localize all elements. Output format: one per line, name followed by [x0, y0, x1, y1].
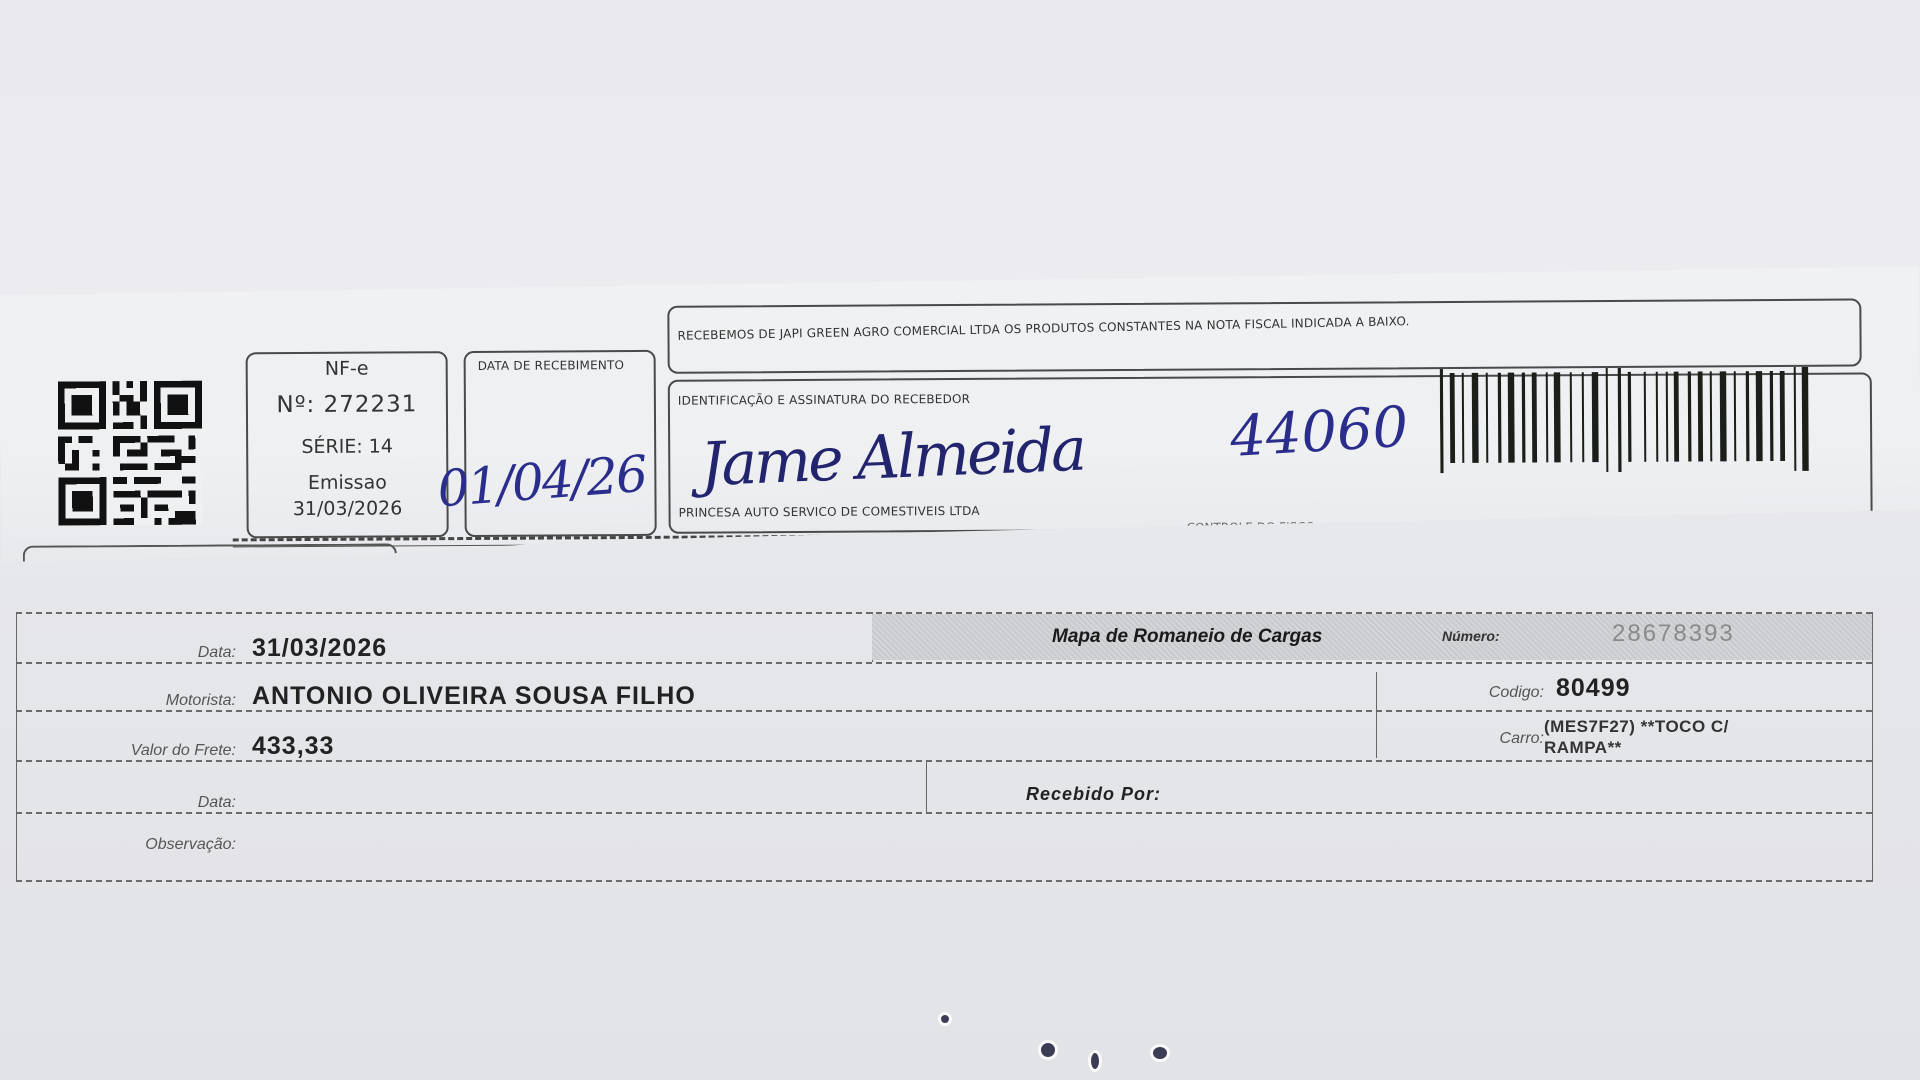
- numero-value: 28678393: [1612, 620, 1735, 648]
- nfe-info-box: NF-e Nº: 272231 SÉRIE: 14 Emissao 31/03/…: [246, 351, 449, 538]
- row-divider: [16, 880, 1872, 882]
- valor-frete-value: 433,33: [252, 732, 334, 761]
- carro-label: Carro:: [1396, 730, 1544, 748]
- column-divider: [1376, 672, 1377, 758]
- staple-hole: [938, 1012, 952, 1026]
- motorista-label: Motorista:: [96, 692, 236, 710]
- carro-line-2: RAMPA**: [1544, 737, 1729, 758]
- data-value: 31/03/2026: [252, 634, 387, 663]
- nfe-title: NF-e: [248, 357, 446, 380]
- row-divider: [16, 812, 1872, 814]
- border-left: [16, 612, 17, 882]
- controle-fisco-label: CONTROLE DO FISCO: [1187, 550, 1315, 565]
- manifest-title: Mapa de Romaneio de Cargas: [1052, 626, 1322, 648]
- recebido-por-label: Recebido Por:: [1026, 784, 1161, 805]
- danfe-fragment: DANFE: [1019, 555, 1077, 571]
- lower-stub-box: [23, 543, 397, 587]
- data2-label: Data:: [96, 794, 236, 812]
- data-recebimento-label: DATA DE RECEBIMENTO: [478, 358, 625, 373]
- perforation-line: [381, 588, 1881, 600]
- title-band: Mapa de Romaneio de Cargas Número: 28678…: [872, 614, 1872, 660]
- valor-frete-label: Valor do Frete:: [76, 742, 236, 760]
- qr-code-icon: [54, 381, 207, 526]
- data-label: Data:: [96, 644, 236, 662]
- staple-hole: [1038, 1040, 1058, 1060]
- staple-hole: [1150, 1044, 1170, 1062]
- border-right: [1872, 612, 1873, 882]
- observacao-label: Observação:: [76, 836, 236, 854]
- nfe-number: Nº: 272231: [248, 391, 446, 418]
- identificacao-label: IDENTIFICAÇÃO E ASSINATURA DO RECEBEDOR: [678, 392, 970, 408]
- romaneio-form: Mapa de Romaneio de Cargas Número: 28678…: [16, 612, 1872, 902]
- nfe-receipt-stub: NF-e Nº: 272231 SÉRIE: 14 Emissao 31/03/…: [0, 266, 1920, 568]
- barcode-icon: [1440, 363, 1831, 475]
- handwritten-number: 44060: [1228, 395, 1410, 470]
- emissao-date: 31/03/2026: [248, 497, 446, 520]
- carro-line-1: (MES7F27) **TOCO C/: [1544, 716, 1729, 737]
- column-divider: [926, 762, 927, 812]
- recebedor-company: PRINCESA AUTO SERVICO DE COMESTIVEIS LTD…: [679, 504, 980, 520]
- recebemos-box: RECEBEMOS DE JAPI GREEN AGRO COMERCIAL L…: [667, 298, 1861, 373]
- staple-hole: [1088, 1050, 1102, 1072]
- codigo-label: Codigo:: [1396, 684, 1544, 702]
- controle-fisco-label: CONTROLE DO FISCO: [1187, 520, 1315, 535]
- numero-label: Número:: [1442, 628, 1500, 644]
- recebemos-text: RECEBEMOS DE JAPI GREEN AGRO COMERCIAL L…: [677, 314, 1409, 343]
- codigo-value: 80499: [1556, 674, 1631, 703]
- emissao-label: Emissao: [248, 471, 446, 494]
- motorista-value: ANTONIO OLIVEIRA SOUSA FILHO: [252, 682, 696, 711]
- carro-value: (MES7F27) **TOCO C/ RAMPA**: [1544, 716, 1729, 758]
- nfe-serie: SÉRIE: 14: [248, 435, 446, 458]
